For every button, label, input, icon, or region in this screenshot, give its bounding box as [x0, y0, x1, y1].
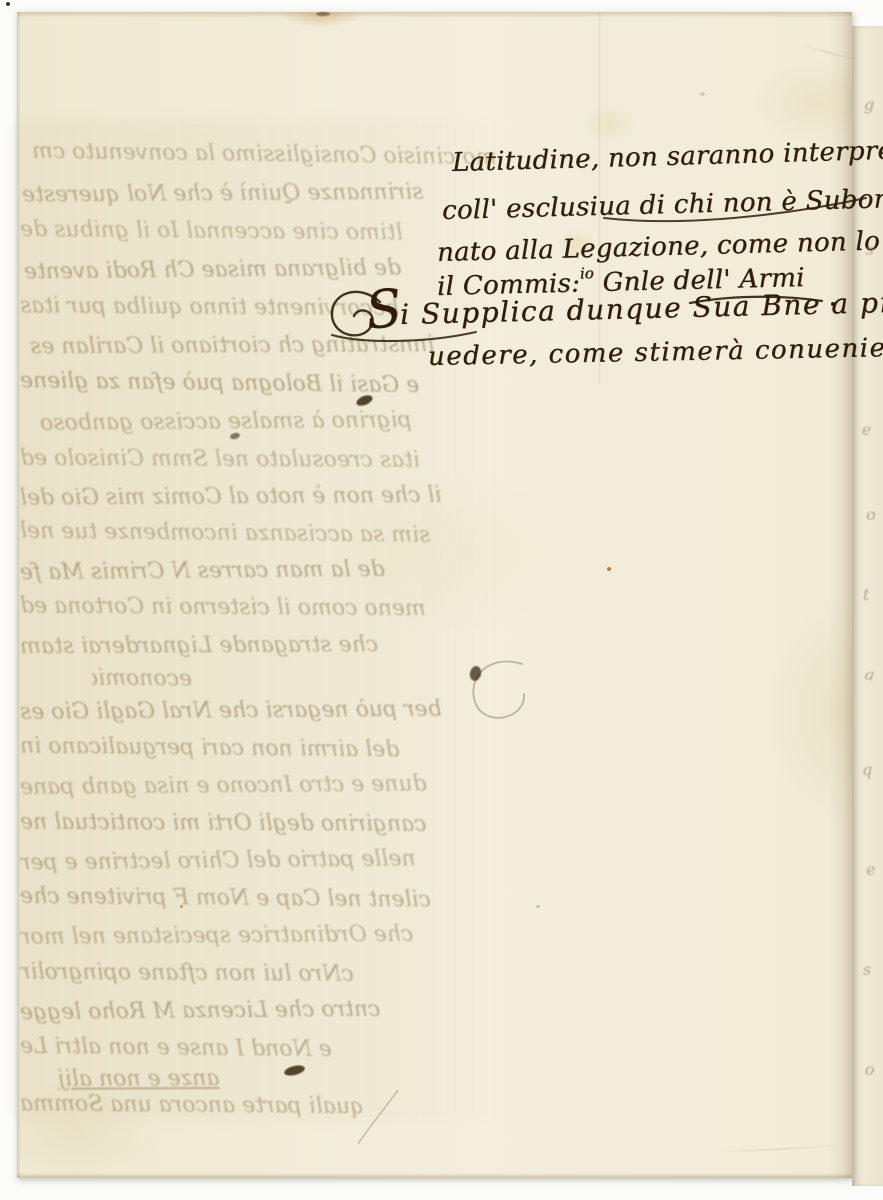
bleed-hair-stroke	[352, 1088, 402, 1148]
bleed-through-line: pigrino à smalse accisso ganboso	[40, 407, 470, 441]
bleed-through-line: ber può negarsi che Nral Gagli Gio es	[20, 696, 515, 729]
bleed-through-line: de bilgrana misae Ch Rodi avente	[24, 255, 489, 290]
bleed-through-line: cangirino degli Orti mi contictual ne	[20, 810, 510, 843]
edge-fragment: o	[864, 1060, 876, 1080]
bleed-through-line: itas creosulato nel Smm Cinisolo ed	[20, 446, 490, 478]
bleed-through-line: e Gasi il Bologna può efan za gliene	[20, 368, 482, 404]
bleed-through-line: dune e ctro Incono e nisa ganb pane	[20, 771, 475, 805]
edge-fragment: t	[863, 585, 869, 604]
bleed-through-line: de la man carres N Crimis Ma fe	[20, 556, 508, 590]
stain-speck	[700, 92, 705, 96]
edge-fragment: g	[864, 95, 874, 114]
edge-fragment: q	[862, 760, 872, 779]
bleed-through-line: cNro lui non cftane opingrolir	[20, 959, 460, 992]
bleed-through-line: che Ordinatrice specistane nel mor	[20, 921, 480, 954]
bleed-through-line: del airmi non cari pergualicano in	[20, 734, 490, 769]
bleed-through-line: nelle patrio del Chiro lectrine e per	[20, 846, 485, 881]
stain-speck	[536, 905, 540, 908]
scanned-manuscript: { "page": { "kind": "scanned handwritten…	[0, 0, 883, 1200]
bleed-through-line: il che non è noto al Comiz mis Gio del	[20, 482, 505, 515]
edge-fragment: e	[862, 420, 871, 439]
bleed-through-line: e Nond I anse e non altri Le	[20, 1034, 450, 1069]
stain-speck	[607, 567, 611, 571]
bleed-through-line: che stragande Lignarderai stam	[20, 632, 460, 664]
edge-fragment: o	[865, 505, 877, 525]
superscript-abbreviation: io	[580, 264, 594, 282]
paper-bottom-edge	[17, 1173, 852, 1178]
paper-edge-mark	[316, 12, 330, 16]
bleed-through-line: economico	[92, 666, 192, 697]
bleed-through-line: cilent nel Cap e Nom F privitene che	[20, 884, 515, 918]
armi-dash-flourish	[688, 292, 838, 310]
paper-top-edge	[17, 12, 852, 18]
bleed-through-line: ltimo cine accennal Io il gnibus de	[20, 217, 475, 251]
bleed-through-line: sim sa accisanza incombenze tue nel	[20, 519, 490, 554]
bleed-through-line: meno como il cisterno in Cortona ed	[20, 593, 475, 626]
stain-speck	[180, 905, 183, 908]
bleed-flourish-loop	[460, 650, 540, 730]
bleed-through-line: cntro che Licenza M Roho legge	[20, 996, 475, 1030]
edge-fragment: s	[863, 960, 871, 979]
bleed-through-line: sirinnanze Quinì è che Nol quereste	[22, 179, 467, 212]
scanner-corner-mark	[6, 2, 10, 6]
interpretate-underswash	[602, 196, 870, 226]
